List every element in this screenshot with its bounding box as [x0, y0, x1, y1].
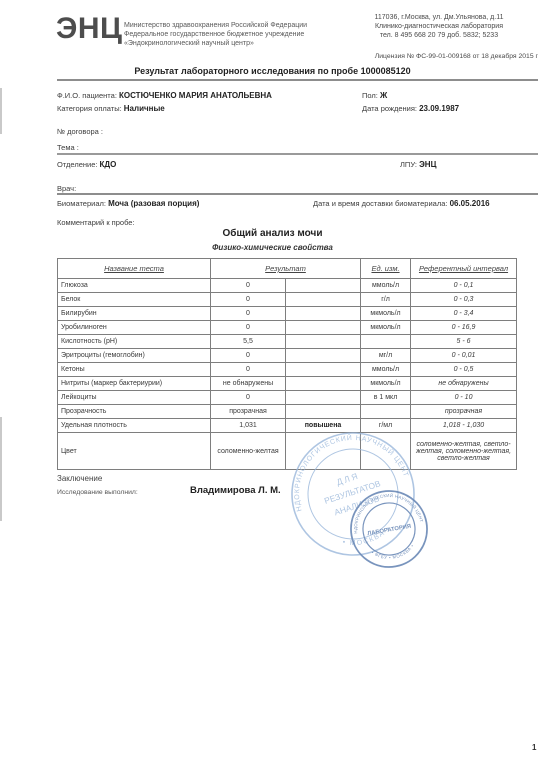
flag-cell — [286, 363, 361, 377]
reference-cell: 0 - 0,3 — [411, 293, 517, 307]
reference-cell: соломенно-желтая, светло-желтая, соломен… — [411, 433, 517, 470]
svg-text:• ФГБУ • МОСКВА •: • ФГБУ • МОСКВА • — [370, 543, 417, 564]
header-result: Результат — [211, 259, 361, 279]
address-line: 117036, г.Москва, ул. Дм.Ульянова, д.11 — [340, 13, 538, 22]
birthdate-row: Дата рождения: 23.09.1987 — [362, 104, 459, 113]
test-name-cell: Удельная плотность — [58, 419, 211, 433]
patient-name-label: Ф.И.О. пациента: — [57, 91, 117, 100]
flag-cell — [286, 349, 361, 363]
patient-name-row: Ф.И.О. пациента: КОСТЮЧЕНКО МАРИЯ АНАТОЛ… — [57, 91, 272, 100]
unit-cell: ммоль/л — [361, 363, 411, 377]
table-row: Кетоны 0 ммоль/л 0 - 0,5 — [58, 363, 517, 377]
test-name-cell: Глюкоза — [58, 279, 211, 293]
flag-cell — [286, 321, 361, 335]
reference-cell: 5 - 6 — [411, 335, 517, 349]
stamp-center-text: АНАЛИЗОВ — [333, 493, 381, 517]
sex-row: Пол: Ж — [362, 91, 387, 100]
table-row: Эритроциты (гемоглобин) 0 мг/л 0 - 0,01 — [58, 349, 517, 363]
table-header-row: Название теста Результат Ед. изм. Рефере… — [58, 259, 517, 279]
unit-cell: г/мл — [361, 419, 411, 433]
department-label: Отделение: — [57, 160, 97, 169]
sex-value: Ж — [380, 91, 387, 100]
lab-report-page: ЭНЦ Министерство здравоохранения Российс… — [0, 0, 545, 770]
results-table: Название теста Результат Ед. изм. Рефере… — [57, 258, 517, 470]
svg-text:• МОСКВА •: • МОСКВА • — [340, 524, 394, 553]
birthdate-label: Дата рождения: — [362, 104, 417, 113]
result-cell: 0 — [211, 307, 286, 321]
lpu-value: ЭНЦ — [419, 160, 436, 169]
lpu-row: ЛПУ: ЭНЦ — [400, 160, 436, 169]
test-name-cell: Прозрачность — [58, 405, 211, 419]
theme-label: Тема : — [57, 143, 79, 152]
unit-cell: мкмоль/л — [361, 377, 411, 391]
unit-cell: ммоль/л — [361, 279, 411, 293]
conclusion-label: Заключение — [57, 474, 102, 483]
divider — [57, 153, 538, 155]
unit-cell — [361, 335, 411, 349]
test-name-cell: Уробилиноген — [58, 321, 211, 335]
document-title: Результат лабораторного исследования по … — [0, 66, 545, 76]
result-cell: 0 — [211, 391, 286, 405]
stamp-inner-ring — [359, 499, 419, 559]
birthdate-value: 23.09.1987 — [419, 104, 459, 113]
result-cell: соломенно-желтая — [211, 433, 286, 470]
payment-row: Категория оплаты: Наличные — [57, 104, 165, 113]
performed-by-label: Исследование выполнил: — [57, 489, 138, 496]
stamp-center-text: ЛАБОРАТОРИЯ — [367, 524, 412, 538]
org-line: «Эндокринологический научный центр» — [124, 39, 349, 48]
lpu-label: ЛПУ: — [400, 160, 417, 169]
stamp-ring-text: ЭНДОКРИНОЛОГИЧЕСКИЙ НАУЧНЫЙ ЦЕНТР — [347, 487, 424, 536]
flag-cell — [286, 335, 361, 349]
payment-label: Категория оплаты: — [57, 104, 122, 113]
test-name-cell: Цвет — [58, 433, 211, 470]
flag-cell — [286, 405, 361, 419]
biomaterial-value: Моча (разовая порция) — [108, 199, 199, 208]
scan-artifact-line — [0, 88, 2, 134]
biomaterial-row: Биоматериал: Моча (разовая порция) — [57, 199, 199, 208]
organization-block: Министерство здравоохранения Российской … — [124, 21, 349, 48]
flag-cell — [286, 279, 361, 293]
flag-cell — [286, 293, 361, 307]
reference-cell: 0 - 0,1 — [411, 279, 517, 293]
test-name-cell: Кетоны — [58, 363, 211, 377]
reference-cell: 0 - 16,9 — [411, 321, 517, 335]
doctor-label: Врач: — [57, 184, 76, 193]
page-number: 1 — [532, 743, 536, 752]
results-table-wrap: Название теста Результат Ед. изм. Рефере… — [57, 258, 517, 470]
delivery-value: 06.05.2016 — [450, 199, 490, 208]
round-stamp-small: ЭНДОКРИНОЛОГИЧЕСКИЙ НАУЧНЫЙ ЦЕНТР • ФГБУ… — [347, 487, 431, 571]
result-cell: прозрачная — [211, 405, 286, 419]
table-row: Цвет соломенно-желтая соломенно-желтая, … — [58, 433, 517, 470]
test-name-cell: Белок — [58, 293, 211, 307]
flag-cell — [286, 391, 361, 405]
reference-cell: прозрачная — [411, 405, 517, 419]
analysis-title: Общий анализ мочи — [0, 228, 545, 239]
delivery-label: Дата и время доставки биоматериала: — [313, 199, 447, 208]
stamp-ring-text: • МОСКВА • — [340, 524, 394, 553]
address-line: Клинико-диагностическая лаборатория — [340, 22, 538, 31]
unit-cell: мкмоль/л — [361, 307, 411, 321]
org-line: Федеральное государственное бюджетное уч… — [124, 30, 349, 39]
test-name-cell: Эритроциты (гемоглобин) — [58, 349, 211, 363]
table-row: Билирубин 0 мкмоль/л 0 - 3,4 — [58, 307, 517, 321]
result-cell: 0 — [211, 293, 286, 307]
patient-name-value: КОСТЮЧЕНКО МАРИЯ АНАТОЛЬЕВНА — [119, 91, 272, 100]
result-cell: 0 — [211, 363, 286, 377]
reference-cell: не обнаружены — [411, 377, 517, 391]
stamp-ring-text: • ФГБУ • МОСКВА • — [370, 543, 417, 564]
table-row: Лейкоциты 0 в 1 мкл 0 - 10 — [58, 391, 517, 405]
scan-artifact-line — [0, 417, 2, 521]
result-cell: 0 — [211, 349, 286, 363]
address-line: тел. 8 495 668 20 79 доб. 5832; 5233 — [340, 31, 538, 40]
divider — [57, 193, 538, 195]
table-row: Кислотность (pH) 5,5 5 - 6 — [58, 335, 517, 349]
flag-cell — [286, 433, 361, 470]
stamp-outer-ring — [347, 487, 431, 571]
sex-label: Пол: — [362, 91, 378, 100]
table-row: Глюкоза 0 ммоль/л 0 - 0,1 — [58, 279, 517, 293]
biomaterial-label: Биоматериал: — [57, 199, 106, 208]
sample-comment-label: Комментарий к пробе: — [57, 218, 135, 227]
unit-cell — [361, 433, 411, 470]
analysis-subtitle: Физико-химические свойства — [0, 243, 545, 252]
header-unit: Ед. изм. — [361, 259, 411, 279]
unit-cell: мкмоль/л — [361, 321, 411, 335]
enc-logo: ЭНЦ — [56, 14, 122, 44]
result-cell: 0 — [211, 321, 286, 335]
flag-cell: повышена — [286, 419, 361, 433]
test-name-cell: Кислотность (pH) — [58, 335, 211, 349]
test-name-cell: Билирубин — [58, 307, 211, 321]
flag-cell — [286, 307, 361, 321]
performed-by-value: Владимирова Л. М. — [190, 485, 281, 496]
result-cell: 1,031 — [211, 419, 286, 433]
reference-cell: 0 - 0,01 — [411, 349, 517, 363]
org-line: Министерство здравоохранения Российской … — [124, 21, 349, 30]
address-block: 117036, г.Москва, ул. Дм.Ульянова, д.11 … — [340, 13, 538, 40]
header-test-name: Название теста — [58, 259, 211, 279]
test-name-cell: Нитриты (маркер бактериурии) — [58, 377, 211, 391]
reference-cell: 0 - 3,4 — [411, 307, 517, 321]
unit-cell: мг/л — [361, 349, 411, 363]
unit-cell: г/л — [361, 293, 411, 307]
header-reference: Референтный интервал — [411, 259, 517, 279]
license-line: Лицензия № ФС-99-01-009168 от 18 декабря… — [340, 53, 538, 60]
reference-cell: 1,018 - 1,030 — [411, 419, 517, 433]
table-row: Удельная плотность 1,031 повышена г/мл 1… — [58, 419, 517, 433]
result-cell: 0 — [211, 279, 286, 293]
contract-label: № договора : — [57, 127, 103, 136]
unit-cell: в 1 мкл — [361, 391, 411, 405]
svg-text:ЭНДОКРИНОЛОГИЧЕСКИЙ НАУЧНЫЙ ЦЕ: ЭНДОКРИНОЛОГИЧЕСКИЙ НАУЧНЫЙ ЦЕНТР — [347, 487, 424, 536]
table-row: Белок 0 г/л 0 - 0,3 — [58, 293, 517, 307]
reference-cell: 0 - 0,5 — [411, 363, 517, 377]
unit-cell — [361, 405, 411, 419]
delivery-row: Дата и время доставки биоматериала: 06.0… — [313, 199, 490, 208]
table-row: Уробилиноген 0 мкмоль/л 0 - 16,9 — [58, 321, 517, 335]
table-row: Прозрачность прозрачная прозрачная — [58, 405, 517, 419]
flag-cell — [286, 377, 361, 391]
table-row: Нитриты (маркер бактериурии) не обнаруже… — [58, 377, 517, 391]
department-row: Отделение: КДО — [57, 160, 116, 169]
stamp-center-text: ДЛЯ — [335, 470, 360, 487]
reference-cell: 0 - 10 — [411, 391, 517, 405]
stamp-center-text: РЕЗУЛЬТАТОВ — [323, 478, 382, 506]
department-value: КДО — [100, 160, 117, 169]
result-cell: не обнаружены — [211, 377, 286, 391]
divider — [57, 79, 538, 81]
payment-value: Наличные — [124, 104, 165, 113]
result-cell: 5,5 — [211, 335, 286, 349]
test-name-cell: Лейкоциты — [58, 391, 211, 405]
